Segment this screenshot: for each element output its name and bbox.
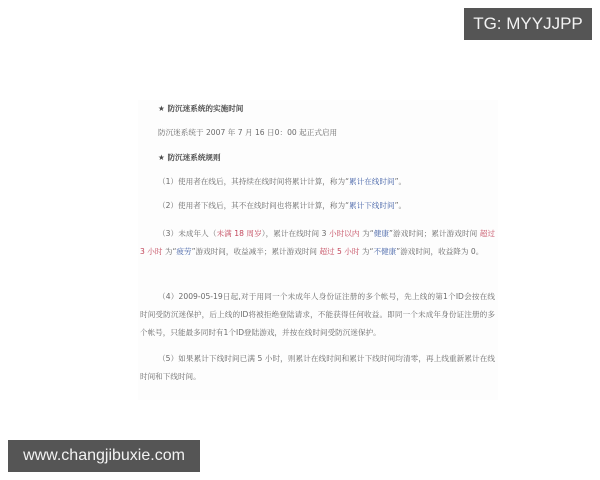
rule-3-text: ），累计在线时间 3: [262, 229, 329, 238]
rule-3-unhealthy: 不健康: [373, 247, 396, 256]
rule-3-under-18: 未满 18 周岁: [216, 229, 261, 238]
rule-3-text: 为“: [360, 229, 374, 238]
rule-3-text: （3）未成年人（: [158, 229, 216, 238]
rule-1-highlight: 累计在线时间: [349, 177, 395, 186]
rule-1-prefix: （1）使用者在线后，其持续在线时间将累计计算，称为“: [158, 177, 349, 186]
implementation-date-text: 防沉迷系统于 2007 年 7 月 16 日0：00 起正式启用: [140, 127, 498, 139]
rule-3-within-hours: 小时以内: [329, 229, 360, 238]
rule-3-text: 为“: [162, 247, 176, 256]
rule-4: （4）2009-05-19日起,对于用同一个未成年人身份证注册的多个帐号，先上线…: [140, 288, 495, 342]
rule-1: （1）使用者在线后，其持续在线时间将累计计算，称为“累计在线时间”。: [140, 176, 498, 188]
rule-2-prefix: （2）使用者下线后，其不在线时间也将累计计算，称为“: [158, 201, 349, 210]
rule-3-text: 为“: [359, 247, 373, 256]
rule-2-highlight: 累计下线时间: [349, 201, 395, 210]
rule-5: （5）如果累计下线时间已满 5 小时，则累计在线时间和累计下线时间均清零，再上线…: [140, 350, 495, 386]
rule-3-over-5h: 超过 5 小时: [319, 247, 359, 256]
page: ★ 防沉迷系统的实施时间 防沉迷系统于 2007 年 7 月 16 日0：00 …: [0, 0, 600, 480]
section-heading-implementation-time: ★ 防沉迷系统的实施时间: [140, 103, 498, 115]
watermark-site-url: www.changjibuxie.com: [8, 440, 200, 472]
rule-3-text: ”游戏时间，收益减半；累计游戏时间: [192, 247, 320, 256]
watermark-tg-label: TG: MYYJJPP: [464, 8, 592, 40]
rule-1-suffix: ”。: [395, 177, 407, 186]
rule-3: （3）未成年人（未满 18 周岁），累计在线时间 3 小时以内 为“健康”游戏时…: [140, 225, 495, 261]
article-image: ★ 防沉迷系统的实施时间 防沉迷系统于 2007 年 7 月 16 日0：00 …: [138, 100, 498, 400]
rule-3-healthy: 健康: [374, 229, 389, 238]
rule-3-text: ”游戏时间，收益降为 0。: [396, 247, 483, 256]
section-heading-rules: ★ 防沉迷系统规则: [140, 152, 498, 164]
rule-2-suffix: ”。: [395, 201, 407, 210]
rule-2: （2）使用者下线后，其不在线时间也将累计计算，称为“累计下线时间”。: [140, 200, 498, 212]
rule-3-text: ”游戏时间；累计游戏时间: [389, 229, 480, 238]
rule-3-fatigue: 疲劳: [176, 247, 191, 256]
